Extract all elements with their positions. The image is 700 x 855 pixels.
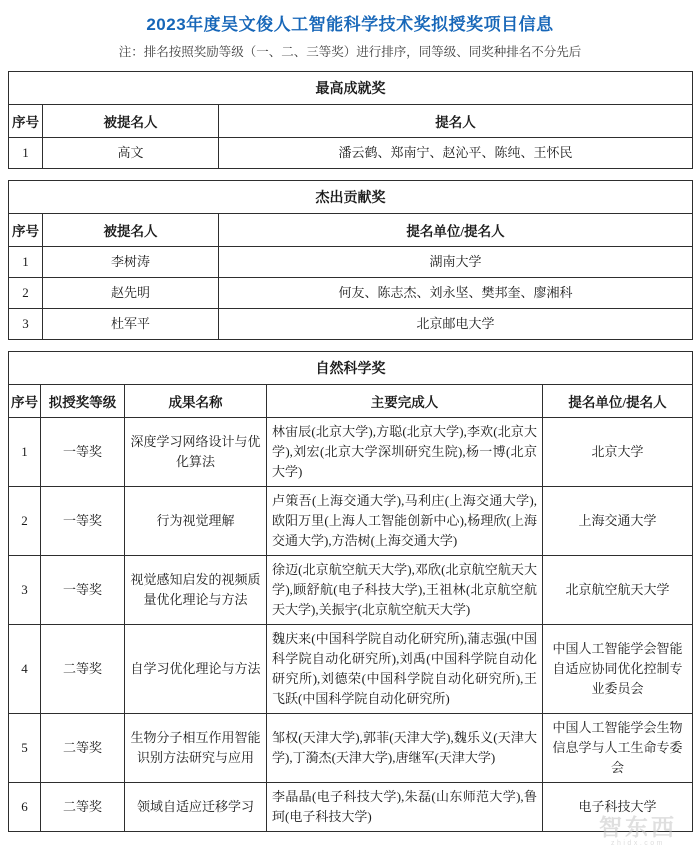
- column-header: 序号: [9, 385, 41, 418]
- column-header: 被提名人: [43, 105, 219, 138]
- column-header: 序号: [9, 214, 43, 247]
- table-highest-achievement-award: 最高成就奖 序号被提名人提名人 1高文潘云鹤、郑南宁、赵沁平、陈纯、王怀民: [8, 71, 693, 169]
- table-row: 3一等奖视觉感知启发的视频质量优化理论与方法徐迈(北京航空航天大学),邓欣(北京…: [9, 556, 693, 625]
- column-header: 提名单位/提名人: [543, 385, 693, 418]
- table-cell: 2: [9, 487, 41, 556]
- table-cell: 卢策吾(上海交通大学),马利庄(上海交通大学),欧阳万里(上海人工智能创新中心)…: [267, 487, 543, 556]
- table-cell: 潘云鹤、郑南宁、赵沁平、陈纯、王怀民: [219, 138, 693, 169]
- table-cell: 自学习优化理论与方法: [125, 625, 267, 714]
- table-cell: 二等奖: [41, 625, 125, 714]
- table-row: 2赵先明何友、陈志杰、刘永坚、樊邦奎、廖湘科: [9, 278, 693, 309]
- column-header: 被提名人: [43, 214, 219, 247]
- award-title-row: 杰出贡献奖: [9, 181, 693, 214]
- table-cell: 林宙辰(北京大学),方聪(北京大学),李欢(北京大学),刘宏(北京大学深圳研究生…: [267, 418, 543, 487]
- table-cell: 一等奖: [41, 556, 125, 625]
- table-cell: 李晶晶(电子科技大学),朱磊(山东师范大学),鲁珂(电子科技大学): [267, 783, 543, 832]
- table-cell: 杜军平: [43, 309, 219, 340]
- table-row: 1一等奖深度学习网络设计与优化算法林宙辰(北京大学),方聪(北京大学),李欢(北…: [9, 418, 693, 487]
- table-cell: 李树涛: [43, 247, 219, 278]
- table-cell: 二等奖: [41, 714, 125, 783]
- table-cell: 北京邮电大学: [219, 309, 693, 340]
- table-cell: 行为视觉理解: [125, 487, 267, 556]
- award-title: 最高成就奖: [9, 72, 693, 105]
- table-cell: 徐迈(北京航空航天大学),邓欣(北京航空航天大学),顾舒航(电子科技大学),王祖…: [267, 556, 543, 625]
- table-row: 1李树涛湖南大学: [9, 247, 693, 278]
- award-title-row: 最高成就奖: [9, 72, 693, 105]
- table-cell: 湖南大学: [219, 247, 693, 278]
- table-cell: 北京大学: [543, 418, 693, 487]
- table-row: 6二等奖领域自适应迁移学习李晶晶(电子科技大学),朱磊(山东师范大学),鲁珂(电…: [9, 783, 693, 832]
- table-row: 5二等奖生物分子相互作用智能识别方法研究与应用邹权(天津大学),郭菲(天津大学)…: [9, 714, 693, 783]
- column-header: 提名单位/提名人: [219, 214, 693, 247]
- table-cell: 1: [9, 138, 43, 169]
- column-header: 拟授奖等级: [41, 385, 125, 418]
- column-header-row: 序号拟授奖等级成果名称主要完成人提名单位/提名人: [9, 385, 693, 418]
- column-header: 提名人: [219, 105, 693, 138]
- document-page: 2023年度吴文俊人工智能科学技术奖拟授奖项目信息 注：排名按照奖励等级（一、二…: [0, 0, 700, 855]
- table-cell: 二等奖: [41, 783, 125, 832]
- column-header: 主要完成人: [267, 385, 543, 418]
- table-cell: 3: [9, 556, 41, 625]
- table-cell: 魏庆来(中国科学院自动化研究所),蒲志强(中国科学院自动化研究所),刘禹(中国科…: [267, 625, 543, 714]
- table-cell: 高文: [43, 138, 219, 169]
- table-cell: 2: [9, 278, 43, 309]
- table-cell: 电子科技大学: [543, 783, 693, 832]
- table-cell: 一等奖: [41, 487, 125, 556]
- table-cell: 北京航空航天大学: [543, 556, 693, 625]
- table-cell: 深度学习网络设计与优化算法: [125, 418, 267, 487]
- table-cell: 上海交通大学: [543, 487, 693, 556]
- award-title: 杰出贡献奖: [9, 181, 693, 214]
- award-title: 自然科学奖: [9, 352, 693, 385]
- column-header: 成果名称: [125, 385, 267, 418]
- table-cell: 3: [9, 309, 43, 340]
- table-row: 4二等奖自学习优化理论与方法魏庆来(中国科学院自动化研究所),蒲志强(中国科学院…: [9, 625, 693, 714]
- table-cell: 1: [9, 418, 41, 487]
- table-cell: 邹权(天津大学),郭菲(天津大学),魏乐义(天津大学),丁漪杰(天津大学),唐继…: [267, 714, 543, 783]
- table-cell: 赵先明: [43, 278, 219, 309]
- table-cell: 一等奖: [41, 418, 125, 487]
- table-cell: 1: [9, 247, 43, 278]
- table-cell: 5: [9, 714, 41, 783]
- table-cell: 生物分子相互作用智能识别方法研究与应用: [125, 714, 267, 783]
- column-header-row: 序号被提名人提名单位/提名人: [9, 214, 693, 247]
- table-cell: 中国人工智能学会生物信息学与人工生命专委会: [543, 714, 693, 783]
- table-outstanding-contribution-award: 杰出贡献奖 序号被提名人提名单位/提名人 1李树涛湖南大学2赵先明何友、陈志杰、…: [8, 180, 693, 340]
- table-cell: 视觉感知启发的视频质量优化理论与方法: [125, 556, 267, 625]
- ranking-note: 注：排名按照奖励等级（一、二、三等奖）进行排序，同等级、同奖种排名不分先后: [8, 42, 692, 60]
- table-cell: 中国人工智能学会智能自适应协同优化控制专业委员会: [543, 625, 693, 714]
- table-row: 3杜军平北京邮电大学: [9, 309, 693, 340]
- table-row: 2一等奖行为视觉理解卢策吾(上海交通大学),马利庄(上海交通大学),欧阳万里(上…: [9, 487, 693, 556]
- table-row: 1高文潘云鹤、郑南宁、赵沁平、陈纯、王怀民: [9, 138, 693, 169]
- watermark-domain: zhidx.com: [588, 840, 688, 847]
- table-cell: 何友、陈志杰、刘永坚、樊邦奎、廖湘科: [219, 278, 693, 309]
- page-title: 2023年度吴文俊人工智能科学技术奖拟授奖项目信息: [8, 10, 692, 35]
- column-header-row: 序号被提名人提名人: [9, 105, 693, 138]
- table-natural-science-award: 自然科学奖 序号拟授奖等级成果名称主要完成人提名单位/提名人 1一等奖深度学习网…: [8, 351, 693, 832]
- table-cell: 领域自适应迁移学习: [125, 783, 267, 832]
- award-title-row: 自然科学奖: [9, 352, 693, 385]
- column-header: 序号: [9, 105, 43, 138]
- table-cell: 4: [9, 625, 41, 714]
- table-cell: 6: [9, 783, 41, 832]
